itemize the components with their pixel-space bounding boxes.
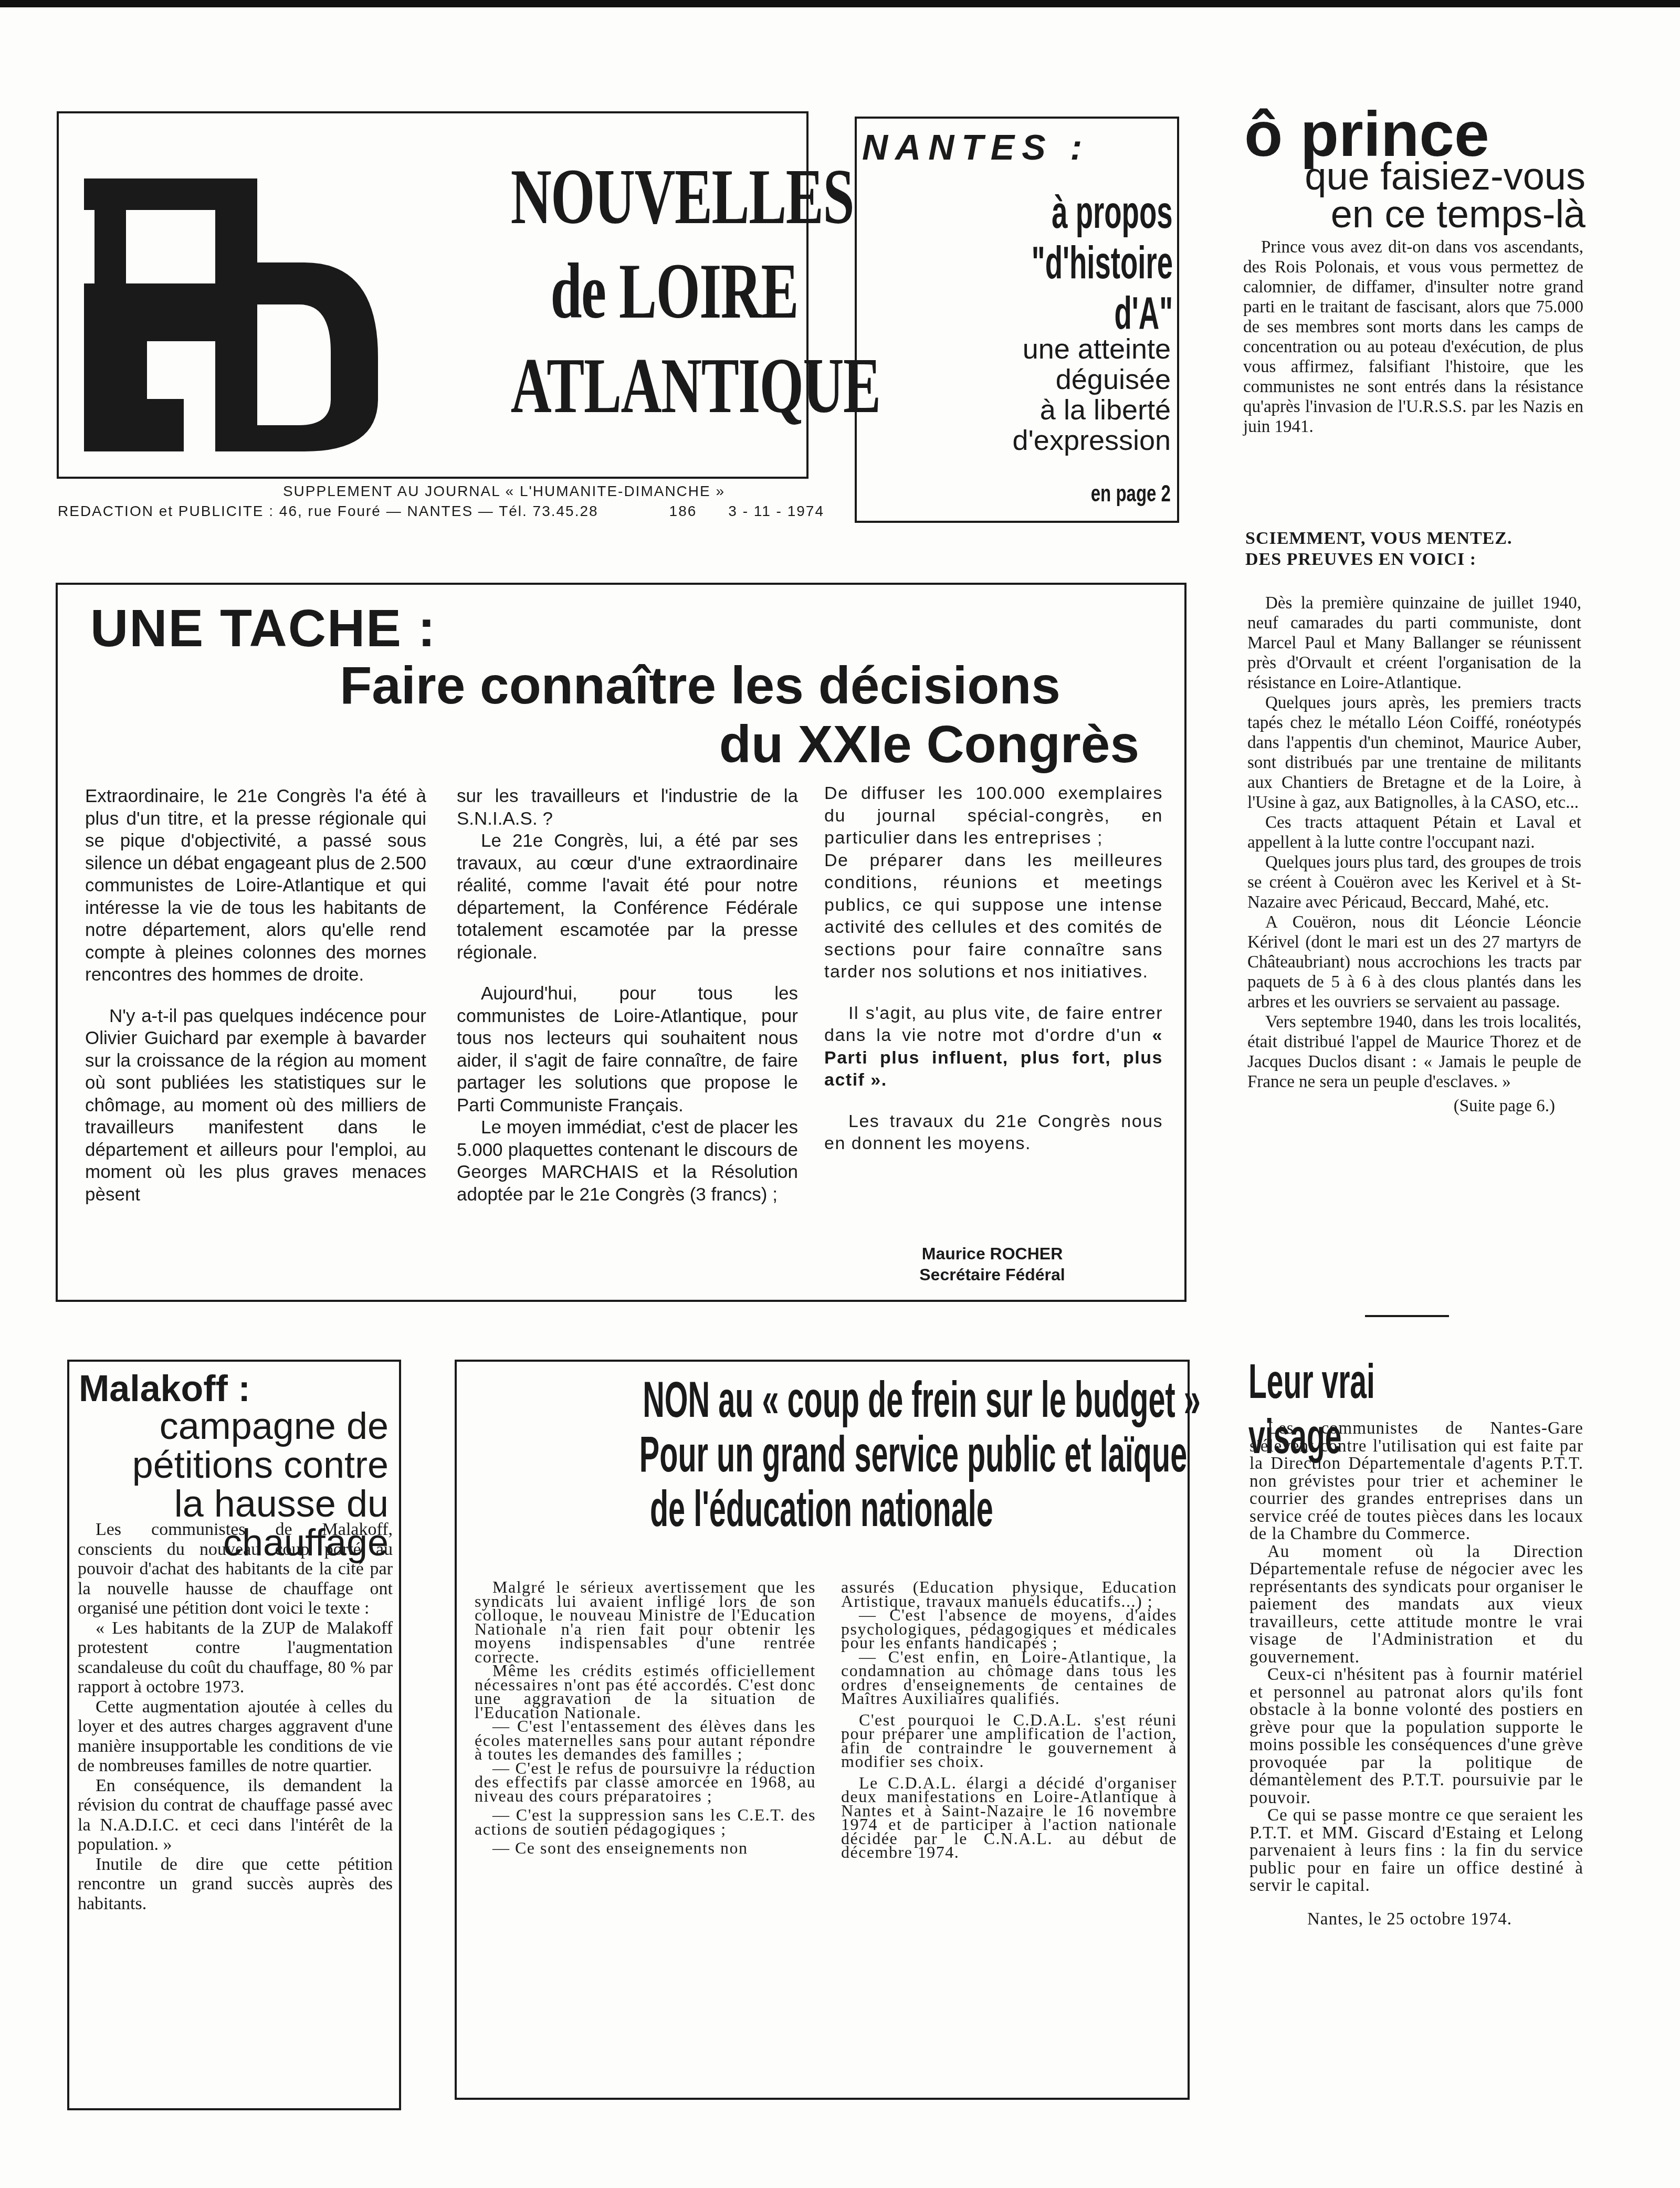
- masthead-supplement: SUPPLEMENT AU JOURNAL « L'HUMANITE-DIMAN…: [58, 483, 887, 500]
- masthead-title-line: NOUVELLES: [511, 150, 798, 244]
- teaser-subhead-line: d'expression: [856, 425, 1171, 456]
- education-column-1: Malgré le sérieux avertissement que les …: [475, 1580, 816, 1855]
- signature-name: Maurice ROCHER: [861, 1243, 1123, 1264]
- prince-intro: Prince vous avez dit-on dans vos ascenda…: [1243, 237, 1583, 437]
- tache-column-1: Extraordinaire, le 21e Congrès l'a été à…: [85, 785, 426, 1206]
- section-divider: [1365, 1315, 1449, 1317]
- masthead-address: REDACTION et PUBLICITE : 46, rue Fouré —…: [58, 503, 598, 520]
- tache-headline-line: du XXIe Congrès: [105, 715, 1139, 774]
- masthead-title: NOUVELLES de LOIRE ATLANTIQUE: [399, 150, 798, 433]
- continued-link[interactable]: (Suite page 6.): [1247, 1096, 1581, 1116]
- issue-number: 186: [669, 503, 697, 520]
- issue-date: 3 - 11 - 1974: [728, 503, 824, 520]
- masthead-title-line: ATLANTIQUE: [511, 339, 798, 433]
- masthead-title-line: de LOIRE: [511, 244, 798, 339]
- visage-dateline: Nantes, le 25 octobre 1974.: [1249, 1911, 1583, 1929]
- teaser-headline-line: à propos: [1052, 187, 1173, 237]
- teaser-page-ref[interactable]: en page 2: [961, 481, 1171, 507]
- signature-title: Secrétaire Fédéral: [861, 1264, 1123, 1285]
- visage-body: Les communistes de Nantes-Gare s'élèvent…: [1249, 1420, 1583, 1928]
- prince-subtitle-line: que faisiez-vous: [1249, 157, 1585, 195]
- masthead-address-line: REDACTION et PUBLICITE : 46, rue Fouré —…: [58, 503, 824, 520]
- hd-logo-icon: [84, 178, 378, 451]
- teaser-headline: à propos "d'histoire d'A": [858, 187, 1173, 338]
- teaser-subhead-line: déguisée: [856, 364, 1171, 395]
- teaser-subhead-line: à la liberté: [856, 395, 1171, 425]
- prince-callout: SCIEMMENT, VOUS MENTEZ. DES PREUVES EN V…: [1245, 528, 1581, 570]
- teaser-subhead-line: une atteinte: [856, 334, 1171, 364]
- prince-subtitle: que faisiez-vous en ce temps-là: [1249, 157, 1585, 233]
- malakoff-kicker: Malakoff :: [79, 1367, 250, 1409]
- education-column-2: assurés (Education physique, Education A…: [841, 1580, 1177, 1859]
- scan-top-edge: [0, 0, 1680, 7]
- prince-subtitle-line: en ce temps-là: [1249, 195, 1585, 233]
- newspaper-page: NOUVELLES de LOIRE ATLANTIQUE SUPPLEMENT…: [0, 0, 1680, 2188]
- tache-kicker: UNE TACHE :: [90, 598, 436, 659]
- malakoff-body: Les communistes de Malakoff, conscients …: [78, 1520, 393, 1913]
- education-headline: NON au « coup de frein sur le budget » P…: [457, 1373, 1186, 1537]
- tache-headline-line: Faire connaître les décisions: [105, 656, 1139, 715]
- tache-column-2: sur les travailleurs et l'industrie de l…: [457, 785, 798, 1206]
- signature: Maurice ROCHER Secrétaire Fédéral: [861, 1243, 1123, 1285]
- teaser-subhead: une atteinte déguisée à la liberté d'exp…: [856, 334, 1171, 456]
- teaser-headline-line: "d'histoire d'A": [978, 237, 1173, 338]
- tache-column-3: De diffuser les 100.000 exemplaires du j…: [824, 782, 1163, 1155]
- teaser-box: NANTES : à propos "d'histoire d'A" une a…: [855, 117, 1179, 523]
- tache-headline: Faire connaître les décisions du XXIe Co…: [105, 656, 1139, 774]
- prince-body: Dès la première quinzaine de juillet 194…: [1247, 593, 1581, 1116]
- teaser-kicker: NANTES :: [862, 127, 1089, 168]
